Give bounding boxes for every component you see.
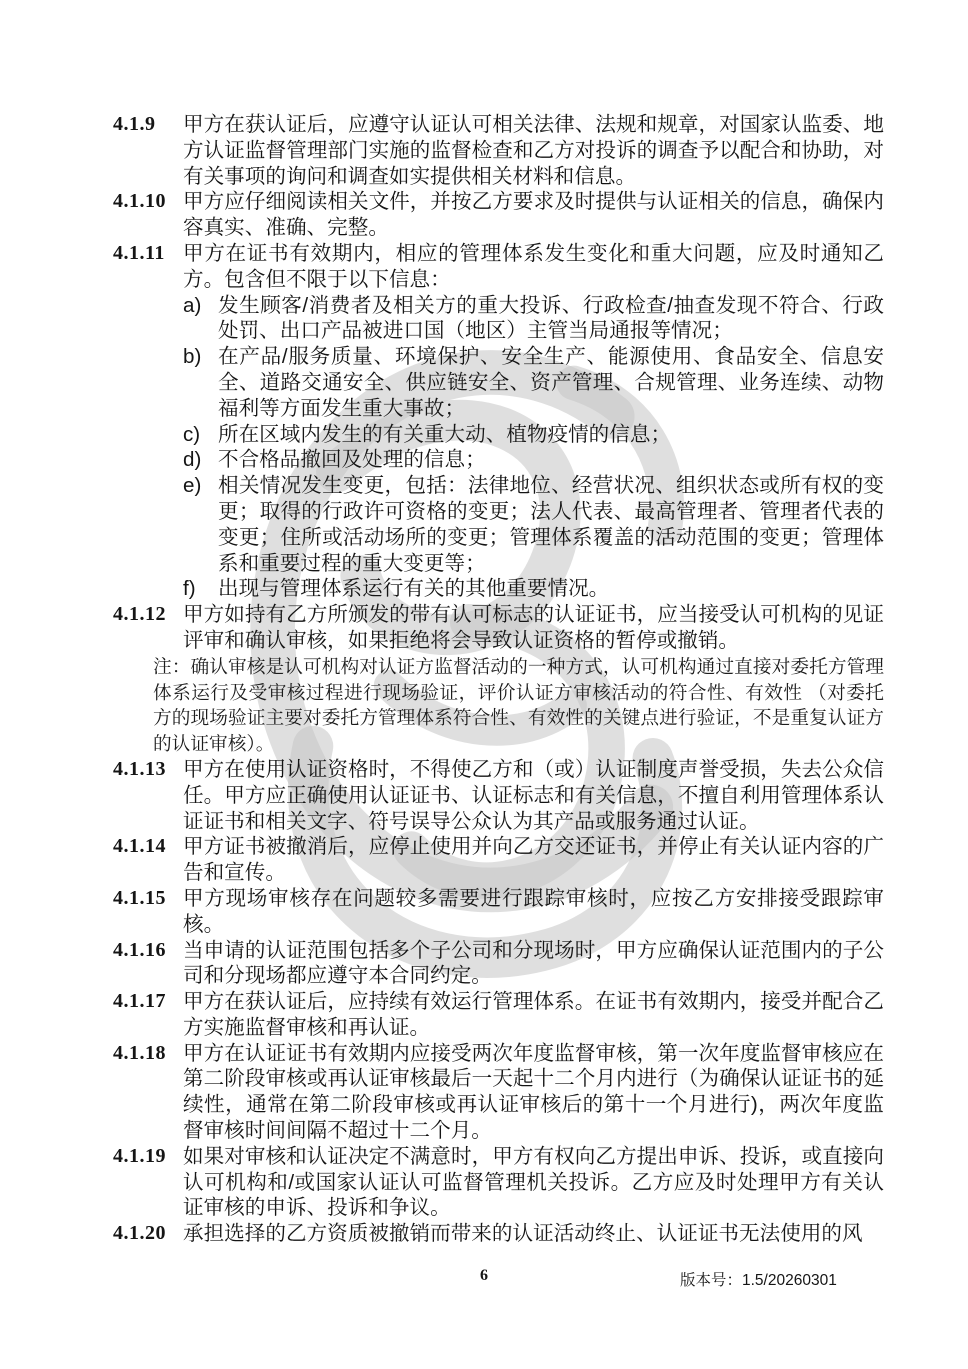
clause-number: 4.1.11	[113, 241, 183, 267]
version-label: 版本号：1.5/20260301	[680, 1268, 837, 1290]
clause-number: 4.1.18	[113, 1041, 183, 1067]
clause-4-1-13: 4.1.13 甲方在使用认证资格时，不得使乙方和（或）认证制度声誉受损，失去公众…	[113, 757, 884, 834]
clause-4-1-17: 4.1.17 甲方在获认证后，应持续有效运行管理体系。在证书有效期内，接受并配合…	[113, 989, 884, 1041]
list-item-text: 相关情况发生变更，包括：法律地位、经营状况、组织状态或所有权的变更；取得的行政许…	[218, 473, 884, 576]
clause-text: 承担选择的乙方资质被撤销而带来的认证活动终止、认证证书无法使用的风	[183, 1222, 863, 1245]
list-item-b: b) 在产品/服务质量、环境保护、安全生产、能源使用、食品安全、信息安全、道路交…	[183, 344, 884, 421]
clause-text: 甲方应仔细阅读相关文件，并按乙方要求及时提供与认证相关的信息，确保内容真实、准确…	[183, 190, 884, 239]
clause-text: 甲方如持有乙方所颁发的带有认可标志的认证证书，应当接受认可机构的见证评审和确认审…	[183, 603, 884, 652]
list-item-text: 出现与管理体系运行有关的其他重要情况。	[218, 576, 884, 602]
clause-text: 甲方在使用认证资格时，不得使乙方和（或）认证制度声誉受损，失去公众信任。甲方应正…	[183, 758, 884, 833]
list-item-d: d) 不合格品撤回及处理的信息；	[183, 447, 884, 473]
clause-4-1-11: 4.1.11 甲方在证书有效期内，相应的管理体系发生变化和重大问题，应及时通知乙…	[113, 241, 884, 602]
clause-number: 4.1.20	[113, 1221, 183, 1247]
clause-text: 甲方在证书有效期内，相应的管理体系发生变化和重大问题，应及时通知乙方。包含但不限…	[183, 242, 884, 291]
clause-number: 4.1.16	[113, 938, 183, 964]
clause-text: 如果对审核和认证决定不满意时，甲方有权向乙方提出申诉、投诉，或直接向认可机构和/…	[183, 1145, 884, 1220]
list-item-text: 不合格品撤回及处理的信息；	[218, 447, 884, 473]
clause-text: 甲方在获认证后，应持续有效运行管理体系。在证书有效期内，接受并配合乙方实施监督审…	[183, 990, 884, 1039]
contract-document-page: 4.1.9 甲方在获认证后，应遵守认证认可相关法律、法规和规章，对国家认监委、地…	[0, 0, 968, 1369]
clause-number: 4.1.13	[113, 757, 183, 783]
clause-4-1-16: 4.1.16 当申请的认证范围包括多个子公司和分现场时，甲方应确保认证范围内的子…	[113, 938, 884, 990]
list-item-f: f) 出现与管理体系运行有关的其他重要情况。	[183, 576, 884, 602]
list-item-text: 发生顾客/消费者及相关方的重大投诉、行政检查/抽查发现不符合、行政处罚、出口产品…	[218, 293, 884, 345]
clause-number: 4.1.12	[113, 602, 183, 628]
clause-text: 当申请的认证范围包括多个子公司和分现场时，甲方应确保认证范围内的子公司和分现场都…	[183, 939, 884, 988]
clause-number: 4.1.14	[113, 834, 183, 860]
clause-4-1-18: 4.1.18 甲方在认证证书有效期内应接受两次年度监督审核，第一次年度监督审核应…	[113, 1041, 884, 1144]
clause-4-1-20: 4.1.20 承担选择的乙方资质被撤销而带来的认证活动终止、认证证书无法使用的风	[113, 1221, 884, 1247]
list-item-c: c) 所在区域内发生的有关重大动、植物疫情的信息；	[183, 422, 884, 448]
list-item-letter: e)	[183, 473, 218, 499]
list-item-a: a) 发生顾客/消费者及相关方的重大投诉、行政检查/抽查发现不符合、行政处罚、出…	[183, 293, 884, 345]
list-item-letter: d)	[183, 447, 218, 473]
clause-text: 甲方在认证证书有效期内应接受两次年度监督审核，第一次年度监督审核应在第二阶段审核…	[183, 1042, 884, 1142]
clause-4-1-14: 4.1.14 甲方证书被撤消后，应停止使用并向乙方交还证书，并停止有关认证内容的…	[113, 834, 884, 886]
clause-number: 4.1.10	[113, 189, 183, 215]
clause-4-1-19: 4.1.19 如果对审核和认证决定不满意时，甲方有权向乙方提出申诉、投诉，或直接…	[113, 1144, 884, 1221]
clause-4-1-12: 4.1.12 甲方如持有乙方所颁发的带有认可标志的认证证书，应当接受认可机构的见…	[113, 602, 884, 757]
list-item-letter: f)	[183, 576, 218, 602]
list-item-letter: b)	[183, 344, 218, 370]
clause-number: 4.1.17	[113, 989, 183, 1015]
list-item-text: 在产品/服务质量、环境保护、安全生产、能源使用、食品安全、信息安全、道路交通安全…	[218, 344, 884, 421]
clause-note: 注：确认审核是认可机构对认证方监督活动的一种方式，认可机构通过直接对委托方管理体…	[153, 654, 884, 757]
list-item-letter: a)	[183, 293, 218, 319]
clause-number: 4.1.9	[113, 112, 183, 138]
clause-number: 4.1.19	[113, 1144, 183, 1170]
clause-number: 4.1.15	[113, 886, 183, 912]
clause-4-1-9: 4.1.9 甲方在获认证后，应遵守认证认可相关法律、法规和规章，对国家认监委、地…	[113, 112, 884, 189]
clause-text: 甲方在获认证后，应遵守认证认可相关法律、法规和规章，对国家认监委、地方认证监督管…	[183, 113, 884, 188]
list-item-text: 所在区域内发生的有关重大动、植物疫情的信息；	[218, 422, 884, 448]
contract-clauses-section: 4.1.9 甲方在获认证后，应遵守认证认可相关法律、法规和规章，对国家认监委、地…	[113, 112, 884, 1247]
list-item-e: e) 相关情况发生变更，包括：法律地位、经营状况、组织状态或所有权的变更；取得的…	[183, 473, 884, 576]
list-item-letter: c)	[183, 422, 218, 448]
clause-4-1-15: 4.1.15 甲方现场审核存在问题较多需要进行跟踪审核时，应按乙方安排接受跟踪审…	[113, 886, 884, 938]
clause-text: 甲方证书被撤消后，应停止使用并向乙方交还证书，并停止有关认证内容的广告和宣传。	[183, 835, 884, 884]
clause-4-1-10: 4.1.10 甲方应仔细阅读相关文件，并按乙方要求及时提供与认证相关的信息，确保…	[113, 189, 884, 241]
clause-text: 甲方现场审核存在问题较多需要进行跟踪审核时，应按乙方安排接受跟踪审核。	[183, 887, 884, 936]
